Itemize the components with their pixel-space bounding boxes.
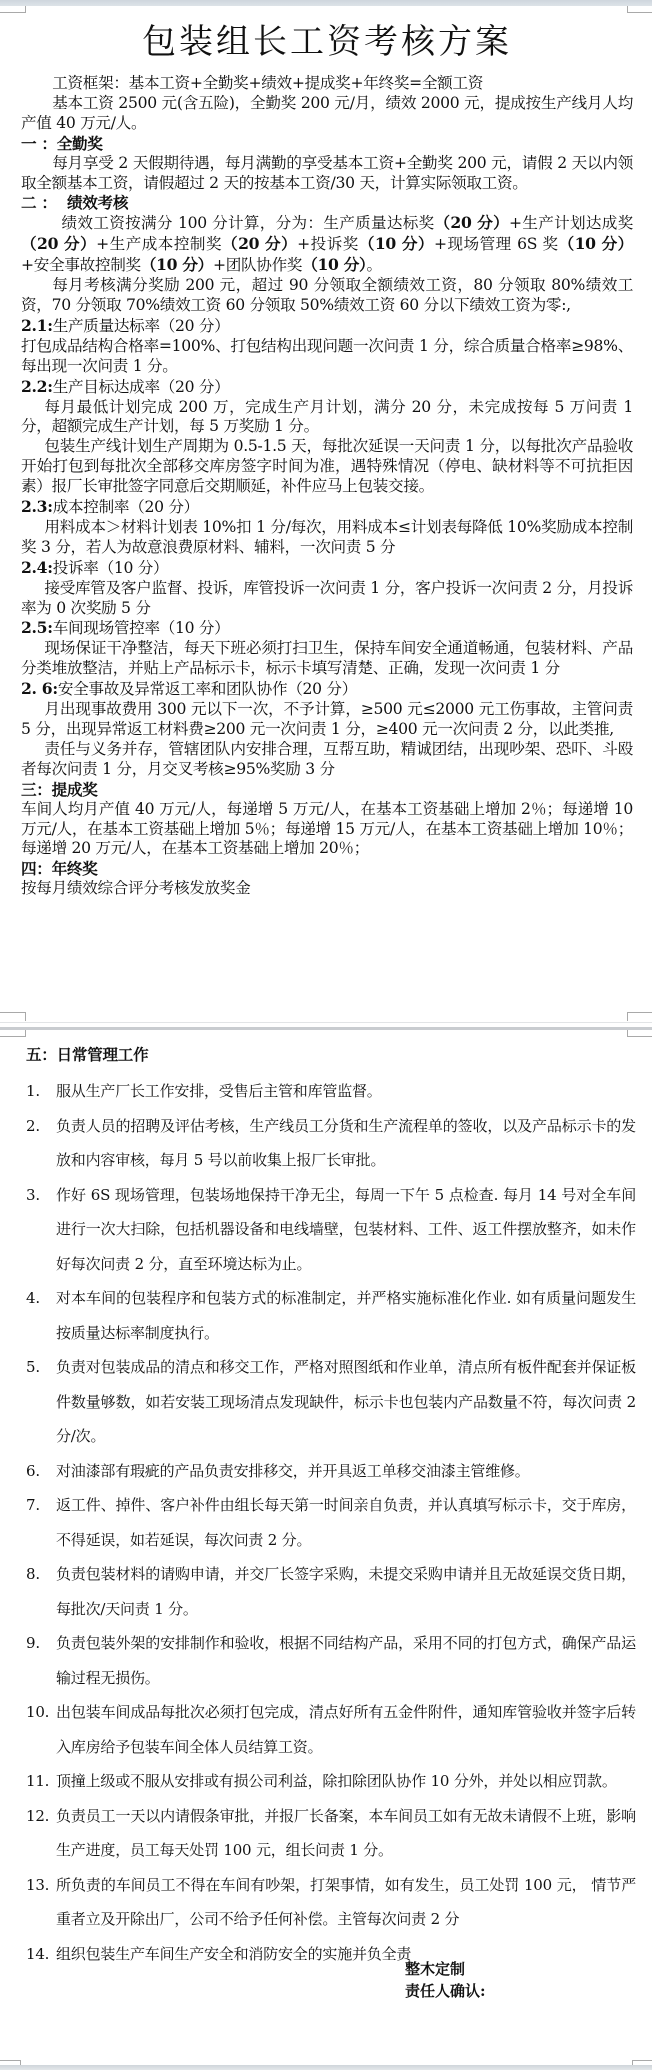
section-3-body: 车间人均月产值 40 万元/人，每递增 5 万元/人，在基本工资基础上增加 2％…: [21, 800, 633, 860]
text: 。: [367, 256, 382, 274]
item-2-5-body: 现场保证干净整洁，每天下班必须打扫卫生，保持车间安全通道畅通，包装材料、产品分类…: [21, 639, 633, 679]
section-2-body: 绩效工资按满分 100 分计算，分为：生产质量达标奖（20 分）+生产计划达成奖…: [21, 213, 633, 276]
item-number: 2.1:: [21, 316, 53, 335]
list-text: 服从生产厂长工作安排，受售后主管和库管监督。: [56, 1074, 636, 1109]
list-text: 负责包装外架的安排制作和验收，根据不同结构产品，采用不同的打包方式，确保产品运输…: [56, 1626, 636, 1695]
text: +投诉奖: [297, 235, 359, 253]
list-number: 11.: [26, 1764, 56, 1799]
list-text: 所负责的车间员工不得在车间有吵架，打架事情，如有发生，员工处罚 100 元， 情…: [56, 1868, 636, 1937]
list-text: 负责员工一天以内请假条审批，并报厂长备案，本车间员工如有无故未请假不上班，影响生…: [56, 1799, 636, 1868]
list-item: 7.返工件、掉件、客户补件由组长每天第一时间亲自负责，并认真填写标示卡，交于库房…: [26, 1488, 636, 1557]
daily-duties-list: 1.服从生产厂长工作安排，受售后主管和库管监督。 2.负责人员的招聘及评估考核，…: [26, 1074, 636, 1971]
item-2-2-body-2: 包装生产线计划生产周期为 0.5-1.5 天，每批次延误一天问责 1 分，以每批…: [21, 437, 633, 497]
responsible-person-confirm: 责任人确认:: [405, 1980, 486, 2002]
list-text: 顶撞上级或不服从安排或有损公司利益，除扣除团队协作 10 分外，并处以相应罚款。: [56, 1764, 636, 1799]
item-2-5-heading: 2.5:车间现场管控率（10 分）: [21, 618, 633, 639]
viewer-bottom-bar: [0, 2065, 652, 2070]
list-item: 10.出包装车间成品每批次必须打包完成，清点好所有五金件附件，通知库管验收并签字…: [26, 1695, 636, 1764]
text: +生产计划达成奖: [509, 214, 633, 232]
section-1-heading: 一 ：全勤奖: [21, 134, 633, 154]
viewer-top-bar: [0, 0, 652, 6]
list-number: 4.: [26, 1281, 56, 1350]
list-text: 负责包装材料的请购申请，并交厂长签字采购，未提交采购申请并且无故延误交货日期，每…: [56, 1557, 636, 1626]
section-2-reward: 每月考核满分奖励 200 元，超过 90 分领取全额绩效工资，80 分领取 80…: [21, 276, 633, 316]
list-number: 1.: [26, 1074, 56, 1109]
item-title: 投诉率（10 分）: [53, 559, 169, 577]
list-text: 作好 6S 现场管理，包装场地保持干净无尘，每周一下午 5 点检查. 每月 14…: [56, 1178, 636, 1282]
crop-mark-bottom-right: [627, 1012, 652, 1021]
item-number: 2.5:: [21, 618, 53, 637]
item-2-3-body: 用料成本＞材料计划表 10%扣 1 分/每次，用料成本≤计划表每降低 10%奖励…: [21, 518, 633, 558]
text: +生产成本控制奖: [96, 235, 222, 253]
signature-block: 整木定制 责任人确认:: [405, 1958, 486, 2002]
item-2-1-heading: 2.1:生产质量达标率（20 分）: [21, 316, 633, 337]
section-1-body: 每月享受 2 天假期待遇，每月满勤的享受基本工资+全勤奖 200 元，请假 2 …: [21, 154, 633, 194]
text: +现场管理 6S 奖: [434, 235, 559, 253]
list-number: 9.: [26, 1626, 56, 1695]
item-number: 2.3:: [21, 497, 53, 516]
list-item: 12.负责员工一天以内请假条审批，并报厂长备案，本车间员工如有无故未请假不上班，…: [26, 1799, 636, 1868]
list-text: 负责人员的招聘及评估考核，生产线员工分货和生产流程单的签收，以及产品标示卡的发放…: [56, 1109, 636, 1178]
list-number: 7.: [26, 1488, 56, 1557]
score: （10 分）: [302, 255, 366, 274]
list-number: 8.: [26, 1557, 56, 1626]
item-2-2-body-1: 每月最低计划完成 200 万，完成生产月计划，满分 20 分，未完成按每 5 万…: [21, 398, 633, 438]
list-item: 11.顶撞上级或不服从安排或有损公司利益，除扣除团队协作 10 分外，并处以相应…: [26, 1764, 636, 1799]
section-2-heading: 二 ： 绩效考核: [21, 193, 633, 213]
item-title: 生产目标达成率（20 分）: [53, 378, 230, 396]
list-number: 6.: [26, 1454, 56, 1489]
list-item: 5.负责对包装成品的清点和移交工作，严格对照图纸和作业单，清点所有板件配套并保证…: [26, 1350, 636, 1454]
list-text: 返工件、掉件、客户补件由组长每天第一时间亲自负责，并认真填写标示卡，交于库房，不…: [56, 1488, 636, 1557]
list-text: 组织包装生产车间生产安全和消防安全的实施并负全责: [56, 1937, 636, 1972]
item-2-4-body: 接受库管及客户监督、投诉，库管投诉一次问责 1 分，客户投诉一次问责 2 分，月…: [21, 579, 633, 619]
item-2-6-body-2: 责任与义务并存，管辖团队内安排合理，互帮互助，精诚团结，出现吵架、恐吓、斗殴者每…: [21, 740, 633, 780]
item-title: 安全事故及异常返工率和团队协作（20 分）: [58, 680, 357, 698]
list-text: 对油漆部有瑕疵的产品负责安排移交，并开具返工单移交油漆主管维修。: [56, 1454, 636, 1489]
item-2-2-heading: 2.2:生产目标达成率（20 分）: [21, 377, 633, 398]
text: +团队协作奖: [213, 256, 302, 274]
score: （10 分）: [359, 234, 434, 253]
score: （20 分）: [222, 234, 297, 253]
section-5-heading: 五：日常管理工作: [26, 1040, 636, 1070]
page-title: 包装组长工资考核方案: [21, 18, 633, 66]
item-number: 2. 6:: [21, 679, 58, 698]
item-title: 生产质量达标率（20 分）: [53, 317, 230, 335]
page-break: [0, 1027, 652, 1030]
item-title: 车间现场管控率（10 分）: [53, 619, 230, 637]
score: （20 分）: [21, 234, 96, 253]
list-item: 2.负责人员的招聘及评估考核，生产线员工分货和生产流程单的签收，以及产品标示卡的…: [26, 1109, 636, 1178]
crop-mark-top-left-page2: [0, 1030, 26, 1037]
list-item: 8.负责包装材料的请购申请，并交厂长签字采购，未提交采购申请并且无故延误交货日期…: [26, 1557, 636, 1626]
list-item: 3.作好 6S 现场管理，包装场地保持干净无尘，每周一下午 5 点检查. 每月 …: [26, 1178, 636, 1282]
list-item: 1.服从生产厂长工作安排，受售后主管和库管监督。: [26, 1074, 636, 1109]
section-3-heading: 三：提成奖: [21, 780, 633, 800]
crop-mark-bottom-left: [0, 1012, 26, 1021]
item-2-1-body: 打包成品结构合格率=100%、打包结构出现问题一次问责 1 分，综合质量合格率≥…: [21, 337, 633, 377]
item-number: 2.4:: [21, 558, 53, 577]
list-item: 13.所负责的车间员工不得在车间有吵架，打架事情，如有发生，员工处罚 100 元…: [26, 1868, 636, 1937]
list-item: 6.对油漆部有瑕疵的产品负责安排移交，并开具返工单移交油漆主管维修。: [26, 1454, 636, 1489]
item-number: 2.2:: [21, 377, 53, 396]
list-item: 9.负责包装外架的安排制作和验收，根据不同结构产品，采用不同的打包方式，确保产品…: [26, 1626, 636, 1695]
page-gap-line: [0, 1022, 652, 1023]
list-number: 10.: [26, 1695, 56, 1764]
section-4-body: 按每月绩效综合评分考核发放奖金: [21, 879, 633, 899]
score: （10 分）: [141, 255, 213, 274]
score: （10 分）: [559, 234, 633, 253]
company-name: 整木定制: [405, 1958, 486, 1980]
list-number: 3.: [26, 1178, 56, 1282]
list-number: 14.: [26, 1937, 56, 1972]
list-text: 出包装车间成品每批次必须打包完成，清点好所有五金件附件，通知库管验收并签字后转入…: [56, 1695, 636, 1764]
list-text: 对本车间的包装程序和包装方式的标准制定，并严格实施标准化作业. 如有质量问题发生…: [56, 1281, 636, 1350]
crop-mark-top-right-page2: [627, 1030, 652, 1037]
item-2-6-body-1: 月出现事故费用 300 元以下一次，不予计算，≥500 元≤2000 元工伤事故…: [21, 700, 633, 740]
list-text: 负责对包装成品的清点和移交工作，严格对照图纸和作业单，清点所有板件配套并保证板件…: [56, 1350, 636, 1454]
page-1: 包装组长工资考核方案 工资框架：基本工资+全勤奖+绩效+提成奖+年终奖=全额工资…: [21, 18, 633, 899]
score: （20 分）: [435, 213, 509, 232]
page-2: 五：日常管理工作 1.服从生产厂长工作安排，受售后主管和库管监督。 2.负责人员…: [26, 1040, 636, 1971]
item-2-6-heading: 2. 6:安全事故及异常返工率和团队协作（20 分）: [21, 679, 633, 700]
item-2-4-heading: 2.4:投诉率（10 分）: [21, 558, 633, 579]
text: +安全事故控制奖: [21, 256, 141, 274]
section-4-heading: 四：年终奖: [21, 859, 633, 879]
list-number: 5.: [26, 1350, 56, 1454]
list-item: 14.组织包装生产车间生产安全和消防安全的实施并负全责: [26, 1937, 636, 1972]
item-2-3-heading: 2.3:成本控制率（20 分）: [21, 497, 633, 518]
item-title: 成本控制率（20 分）: [53, 498, 199, 516]
text: 绩效工资按满分 100 分计算，分为：生产质量达标奖: [62, 214, 435, 232]
crop-mark-top-right: [627, 6, 652, 13]
salary-framework: 工资框架：基本工资+全勤奖+绩效+提成奖+年终奖=全额工资: [21, 74, 633, 94]
base-salary: 基本工资 2500 元(含五险)，全勤奖 200 元/月，绩效 2000 元，提…: [21, 94, 633, 134]
crop-mark-top-left: [0, 6, 26, 13]
list-number: 2.: [26, 1109, 56, 1178]
list-number: 12.: [26, 1799, 56, 1868]
list-number: 13.: [26, 1868, 56, 1937]
list-item: 4.对本车间的包装程序和包装方式的标准制定，并严格实施标准化作业. 如有质量问题…: [26, 1281, 636, 1350]
